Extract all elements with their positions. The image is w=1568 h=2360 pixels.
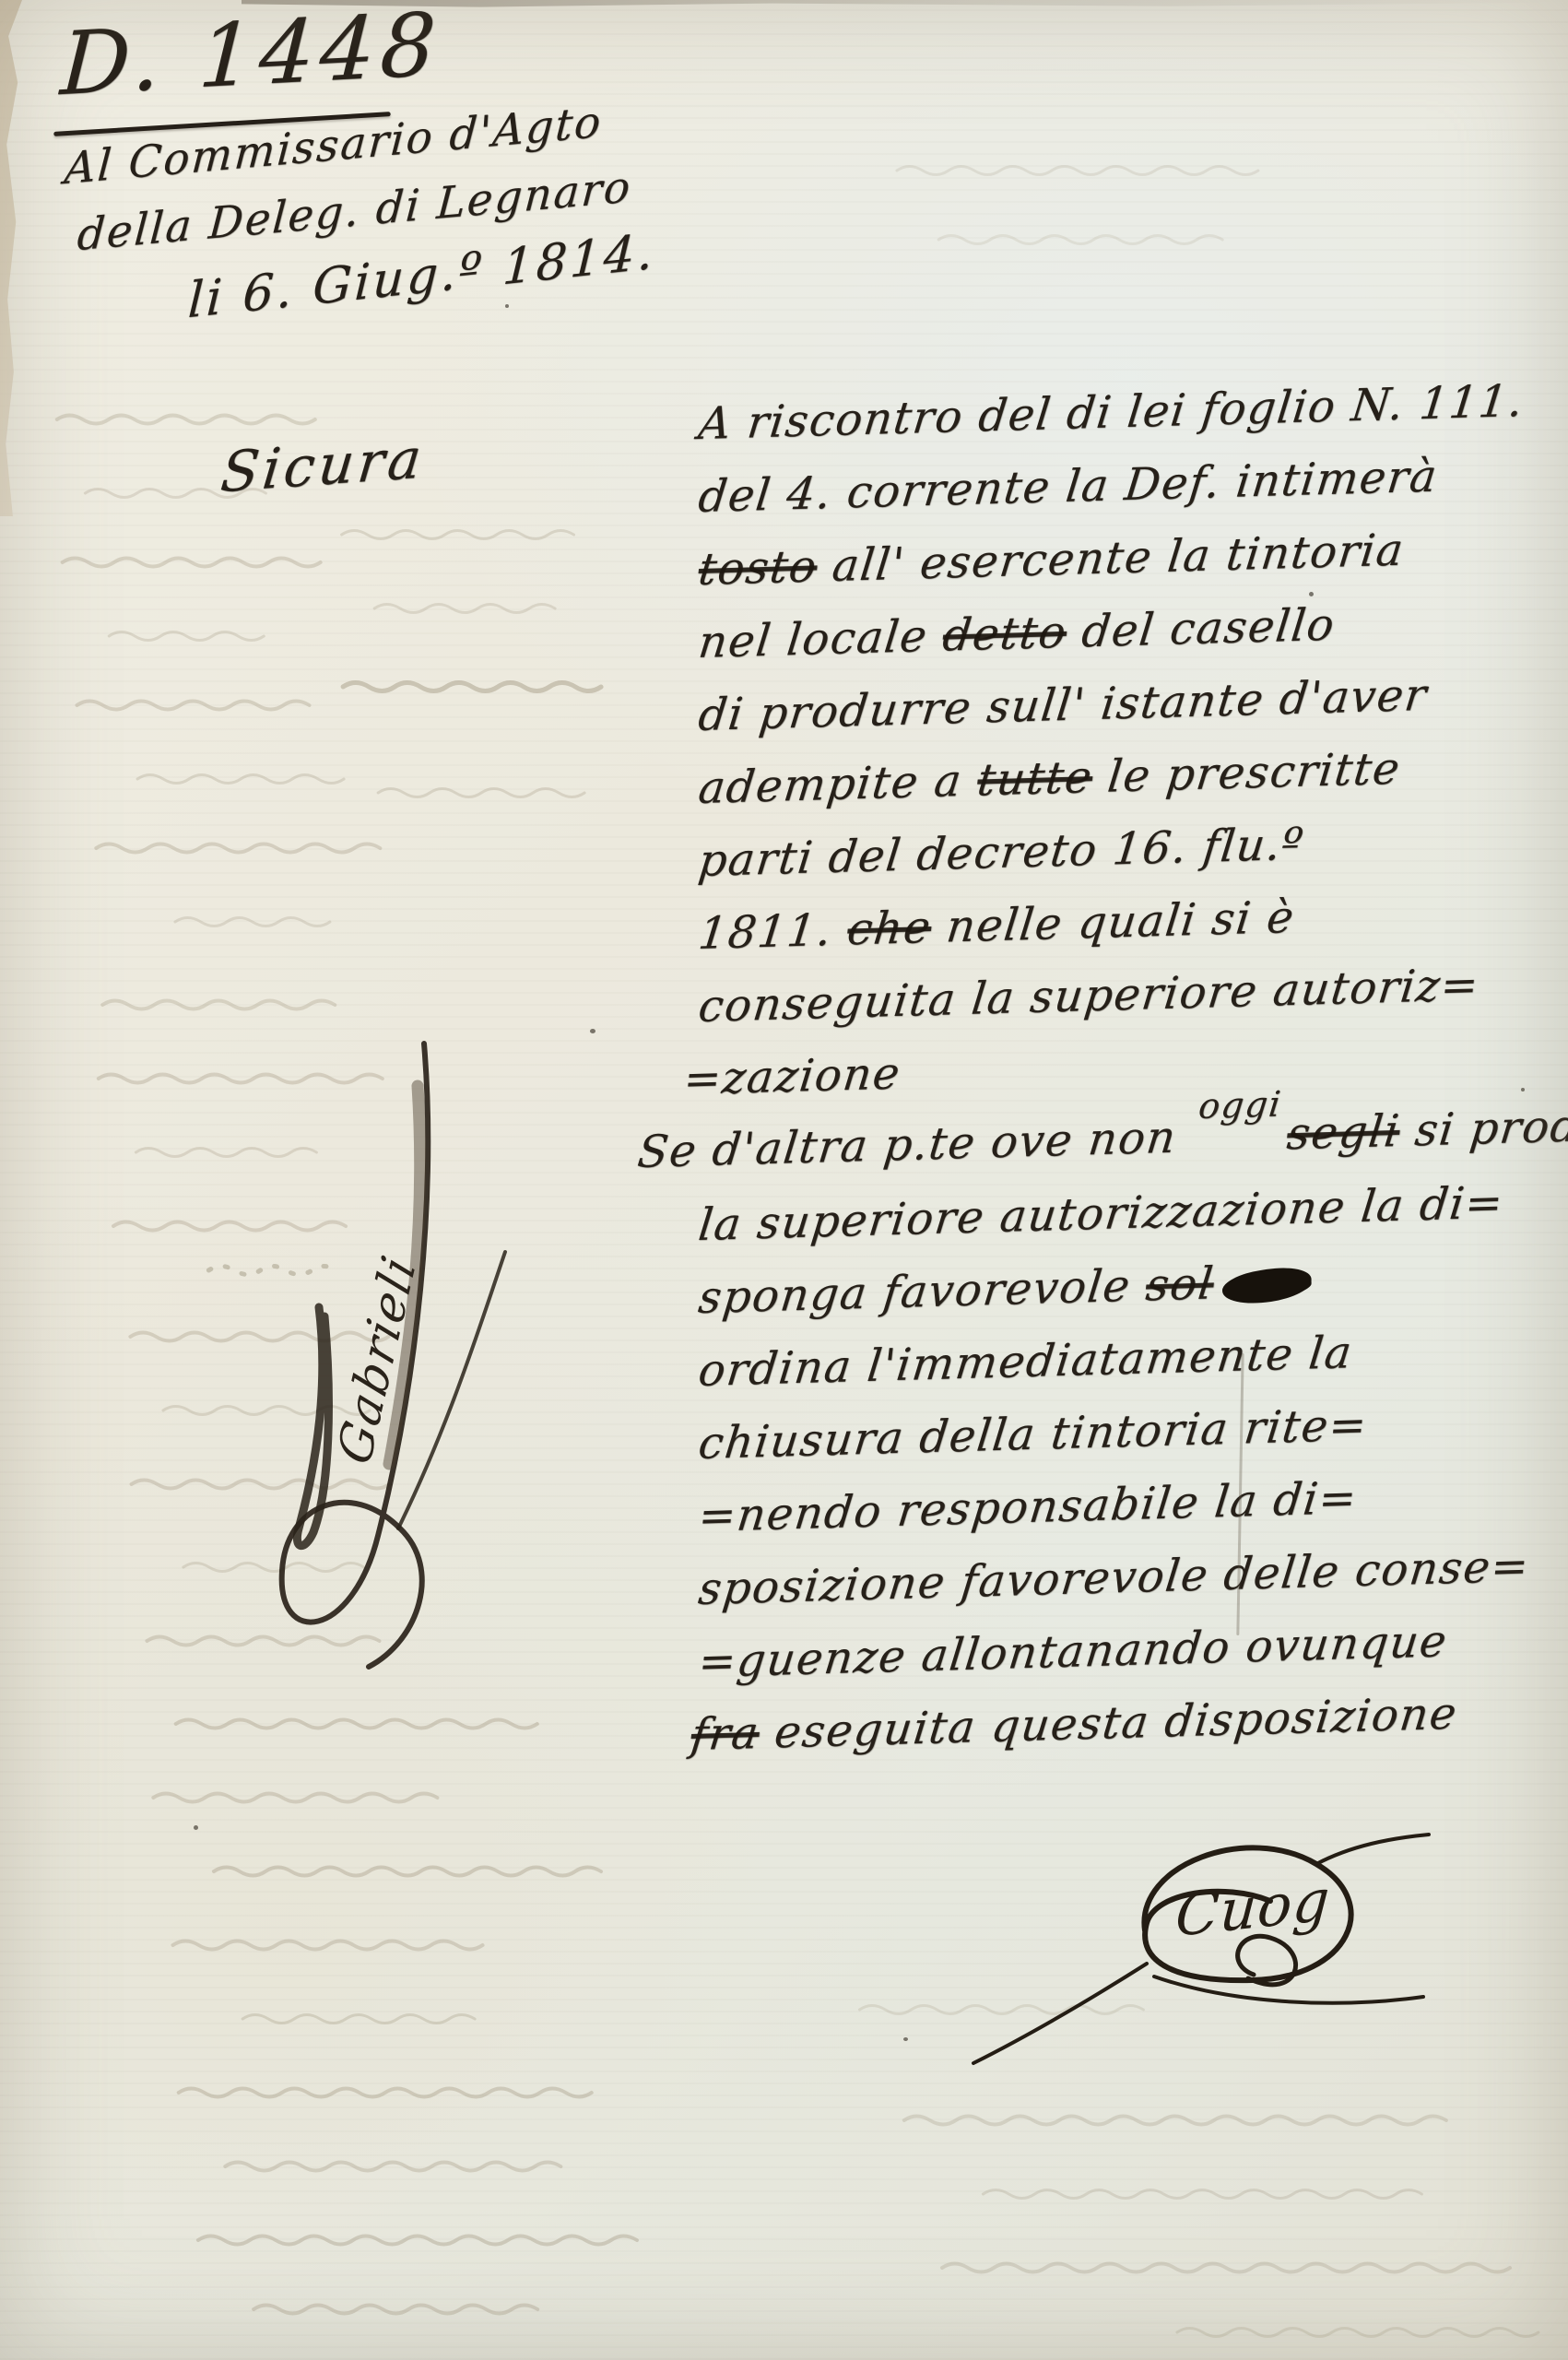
body-text: =zazione xyxy=(681,1047,903,1105)
body-text: adempite a xyxy=(696,754,981,814)
body-text: le prescritte xyxy=(1090,743,1403,804)
body-text: sponga favorevole xyxy=(696,1259,1149,1324)
body-line: =nendo responsabile la di= xyxy=(696,1472,1361,1542)
ink-speck xyxy=(1521,1088,1525,1091)
body-line: =zazione xyxy=(681,1047,903,1105)
body-line: parti del decreto 16. flu.º xyxy=(696,819,1307,888)
body-text: eseguita questa disposizione xyxy=(757,1688,1460,1759)
body-line: sposizione favorevole delle conse= xyxy=(696,1540,1533,1615)
struck-word: detto xyxy=(940,607,1069,662)
registry-number: D. 1448 xyxy=(58,0,443,115)
ink-speck xyxy=(505,304,509,308)
ink-speck xyxy=(194,1825,198,1830)
struck-word: segli xyxy=(1284,1105,1402,1161)
body-line: sponga favorevole sol xyxy=(696,1255,1315,1324)
body-text: nelle quali si è xyxy=(928,891,1297,953)
body-text: la superiore autorizzazione la di= xyxy=(696,1177,1507,1252)
closing-signature-paraph: Cuog xyxy=(1007,1783,1440,2078)
margin-signature: Gabrieli xyxy=(328,1248,427,1472)
ink-blot xyxy=(1222,1262,1312,1308)
body-line: del 4. corrente la Def. intimerà xyxy=(696,451,1441,524)
margin-note: Sicura xyxy=(218,426,428,505)
body-line: chiusura della tintoria rite= xyxy=(696,1399,1371,1469)
body-text: conseguita la superiore autoriz= xyxy=(696,959,1482,1032)
closing-signature: Cuog xyxy=(1173,1866,1333,1950)
body-text: del 4. corrente la Def. intimerà xyxy=(696,451,1441,524)
body-line: di produrre sull' istante d'aver xyxy=(696,669,1431,741)
body-text: ordina l'immediatamente la xyxy=(696,1327,1355,1397)
body-text: Se d'altra p.te ove non xyxy=(635,1111,1195,1178)
body-text: del casello xyxy=(1064,599,1338,658)
body-line: adempite a tutte le prescritte xyxy=(696,743,1404,814)
body-line: Se d'altra p.te ove non oggisegli si pro… xyxy=(635,1098,1568,1178)
body-line: la superiore autorizzazione la di= xyxy=(696,1177,1507,1252)
body-text: sposizione favorevole delle conse= xyxy=(696,1540,1533,1615)
manuscript-page: D. 1448 Al Commissario d'Agto della Dele… xyxy=(0,0,1568,2360)
body-line: fra eseguita questa disposizione xyxy=(689,1688,1460,1761)
ink-speck xyxy=(1309,592,1314,596)
struck-word: sol xyxy=(1143,1257,1217,1311)
body-text: =nendo responsabile la di= xyxy=(696,1472,1361,1542)
body-text: A riscontro del di lei foglio N. 111. xyxy=(696,375,1527,450)
body-line: conseguita la superiore autoriz= xyxy=(696,959,1482,1032)
torn-left-edge xyxy=(0,0,22,516)
ink-speck xyxy=(590,1029,595,1033)
body-text: all' esercente la tintoria xyxy=(814,525,1407,593)
body-line: ordina l'immediatamente la xyxy=(696,1327,1355,1397)
body-text: parti del decreto 16. flu.º xyxy=(696,819,1307,888)
struck-word: tutte xyxy=(974,751,1095,807)
body-line: tosto all' esercente la tintoria xyxy=(696,525,1407,596)
body-text: chiusura della tintoria rite= xyxy=(696,1399,1371,1469)
inserted-word: oggi xyxy=(1197,1083,1284,1127)
body-text: nel locale xyxy=(696,609,946,668)
body-text: 1811. xyxy=(696,903,851,960)
body-lines: A riscontro del di lei foglio N. 111.del… xyxy=(690,398,1568,1799)
body-line: 1811. che nelle quali si è xyxy=(696,891,1298,960)
body-text: si produca xyxy=(1397,1098,1568,1157)
body-line: nel locale detto del casello xyxy=(696,599,1338,668)
body-text: di produrre sull' istante d'aver xyxy=(696,669,1431,741)
struck-word: tosto xyxy=(696,540,820,596)
margin-signature-flourish: Gabrieli xyxy=(260,1031,592,1676)
struck-word: che xyxy=(844,902,934,956)
body-line: =guenze allontanando ovunque xyxy=(696,1615,1450,1688)
body-line: A riscontro del di lei foglio N. 111. xyxy=(696,375,1527,450)
body-text: =guenze allontanando ovunque xyxy=(696,1615,1450,1688)
ink-speck xyxy=(903,2037,908,2041)
struck-word: fra xyxy=(689,1707,762,1761)
